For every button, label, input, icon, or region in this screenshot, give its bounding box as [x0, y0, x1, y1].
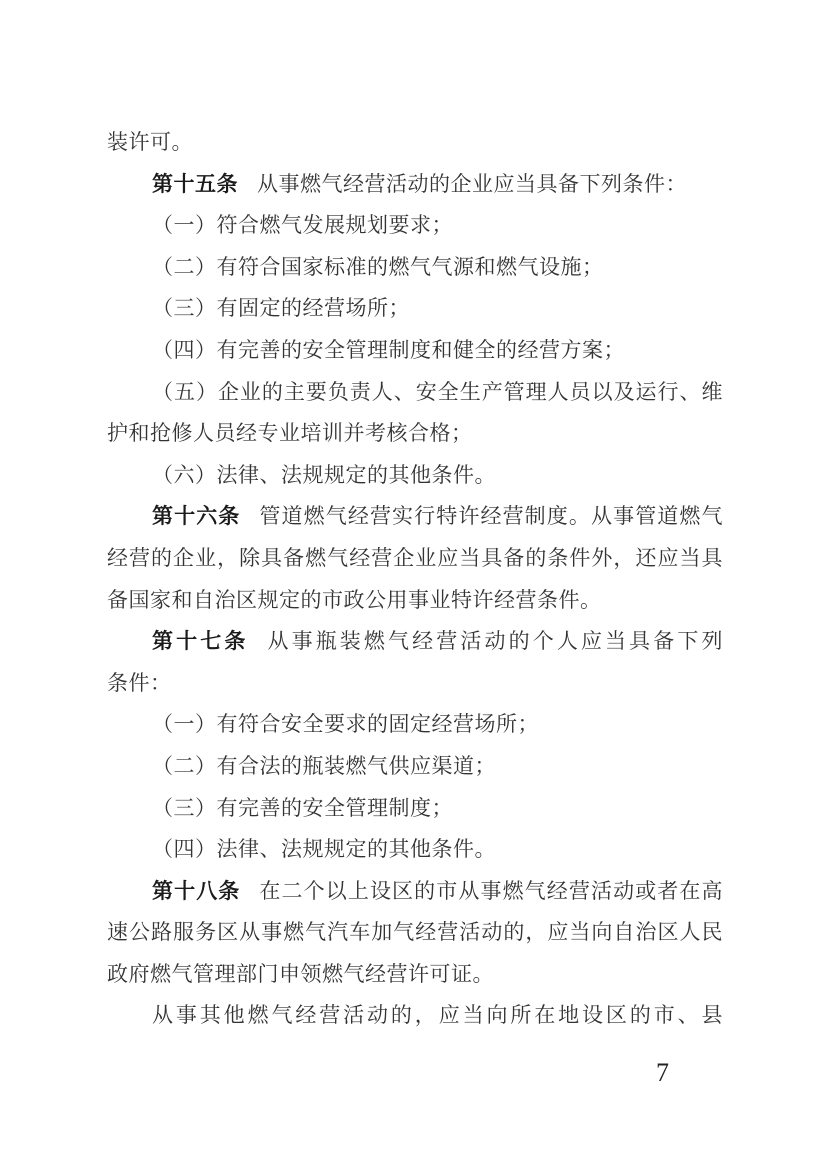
text-line: 经营的企业，除具备燃气经营企业应当具备的条件外，还应当具 — [107, 538, 723, 580]
text-line: （三）有固定的经营场所； — [107, 288, 723, 330]
document-page: 装许可。第十五条从事燃气经营活动的企业应当具备下列条件：（一）符合燃气发展规划要… — [0, 0, 826, 1169]
text-line: （三）有完善的安全管理制度； — [107, 788, 723, 830]
article-number: 第十五条 — [152, 173, 238, 196]
text-line: 第十八条在二个以上设区的市从事燃气经营活动或者在高 — [107, 871, 723, 913]
text-line: 政府燃气管理部门申领燃气经营许可证。 — [107, 954, 723, 996]
page-number: 7 — [656, 1056, 669, 1090]
text-line: 备国家和自治区规定的市政公用事业特许经营条件。 — [107, 580, 723, 622]
text-line: （二）有合法的瓶装燃气供应渠道； — [107, 746, 723, 788]
article-number: 第十八条 — [152, 880, 240, 903]
text-line: （五）企业的主要负责人、安全生产管理人员以及运行、维 — [107, 372, 723, 414]
text-line: （二）有符合国家标准的燃气气源和燃气设施； — [107, 247, 723, 289]
text-line: 第十六条管道燃气经营实行特许经营制度。从事管道燃气 — [107, 496, 723, 538]
document-lines: 装许可。第十五条从事燃气经营活动的企业应当具备下列条件：（一）符合燃气发展规划要… — [107, 122, 723, 1037]
text-line: 从事其他燃气经营活动的，应当向所在地设区的市、县 — [107, 995, 723, 1037]
text-line: 条件： — [107, 663, 723, 705]
article-number: 第十六条 — [152, 505, 240, 528]
text-line: （四）有完善的安全管理制度和健全的经营方案； — [107, 330, 723, 372]
text-line: 第十五条从事燃气经营活动的企业应当具备下列条件： — [107, 164, 723, 206]
text-line: （六）法律、法规规定的其他条件。 — [107, 455, 723, 497]
text-line: （一）符合燃气发展规划要求； — [107, 205, 723, 247]
article-number: 第十七条 — [152, 630, 248, 653]
text-line: （一）有符合安全要求的固定经营场所； — [107, 704, 723, 746]
text-line: 装许可。 — [107, 122, 723, 164]
text-line: 速公路服务区从事燃气汽车加气经营活动的，应当向自治区人民 — [107, 912, 723, 954]
text-line: 第十七条从事瓶装燃气经营活动的个人应当具备下列 — [107, 621, 723, 663]
text-line: （四）法律、法规规定的其他条件。 — [107, 829, 723, 871]
text-line: 护和抢修人员经专业培训并考核合格； — [107, 413, 723, 455]
